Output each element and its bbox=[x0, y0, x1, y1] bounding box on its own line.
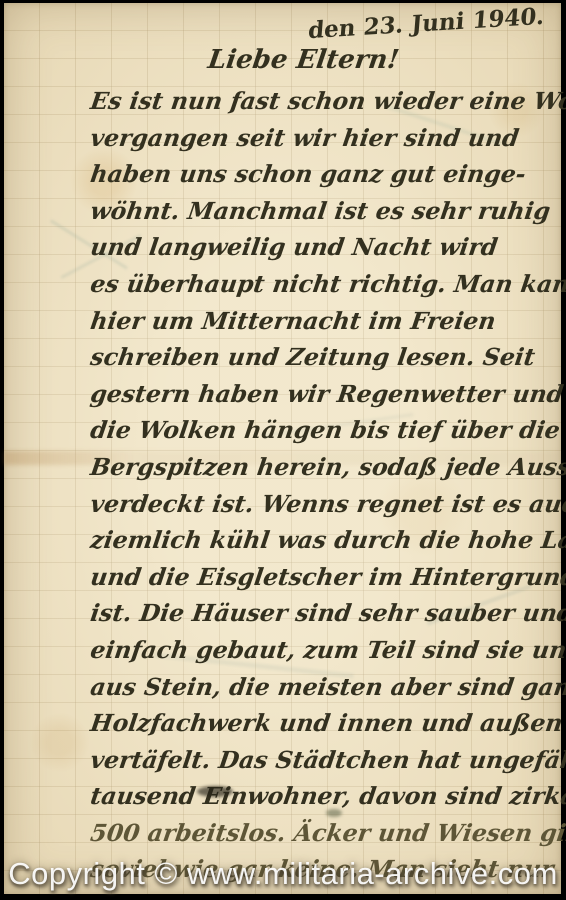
letter-line: und die Eisgletscher im Hintergrund bedi… bbox=[88, 559, 545, 596]
scanned-letter-page: den 23. Juni 1940. Liebe Eltern! Es ist … bbox=[0, 0, 566, 900]
letter-line: tausend Einwohner, davon sind zirka bbox=[88, 778, 545, 815]
letter-line: hier um Mitternacht im Freien bbox=[88, 303, 545, 340]
letter-line: ziemlich kühl was durch die hohe Lage bbox=[88, 522, 545, 559]
letter-line: und langweilig und Nacht wird bbox=[88, 229, 545, 266]
letter-line: Holzfachwerk und innen und außen bbox=[88, 705, 545, 742]
letter-line: verdeckt ist. Wenns regnet ist es auch bbox=[88, 486, 545, 523]
letter-line: die Wolken hängen bis tief über die bbox=[88, 412, 545, 449]
letter-line: haben uns schon ganz gut einge- bbox=[88, 156, 545, 193]
letter-line: Bergspitzen herein, sodaß jede Aussicht bbox=[88, 449, 545, 486]
copyright-watermark: Copyright © www.militaria-archive.com bbox=[8, 856, 558, 892]
letter-line: schreiben und Zeitung lesen. Seit bbox=[88, 339, 545, 376]
ink-smudge bbox=[326, 809, 342, 817]
handwritten-letter: den 23. Juni 1940. Liebe Eltern! Es ist … bbox=[4, 3, 561, 894]
letter-date: den 23. Juni 1940. bbox=[308, 3, 546, 45]
letter-line: 500 arbeitslos. Äcker und Wiesen gibts bbox=[88, 815, 545, 852]
letter-salutation: Liebe Eltern! bbox=[206, 45, 401, 75]
letter-line: gestern haben wir Regenwetter und bbox=[88, 376, 545, 413]
letter-line: Es ist nun fast schon wieder eine Woche bbox=[88, 83, 545, 120]
letter-line: vergangen seit wir hier sind und bbox=[88, 120, 545, 157]
letter-line: es überhaupt nicht richtig. Man kann bbox=[88, 266, 545, 303]
letter-line: aus Stein, die meisten aber sind ganz au… bbox=[88, 669, 545, 706]
letter-line: ist. Die Häuser sind sehr sauber und bbox=[88, 595, 545, 632]
ink-smudge bbox=[197, 786, 233, 797]
letter-line: vertäfelt. Das Städtchen hat ungefähr fü… bbox=[88, 742, 545, 779]
letter-paper: den 23. Juni 1940. Liebe Eltern! Es ist … bbox=[4, 3, 561, 894]
letter-line: wöhnt. Manchmal ist es sehr ruhig bbox=[88, 193, 545, 230]
letter-body: Es ist nun fast schon wieder eine Woche … bbox=[88, 83, 540, 888]
letter-line: einfach gebaut, zum Teil sind sie unten bbox=[88, 632, 545, 669]
